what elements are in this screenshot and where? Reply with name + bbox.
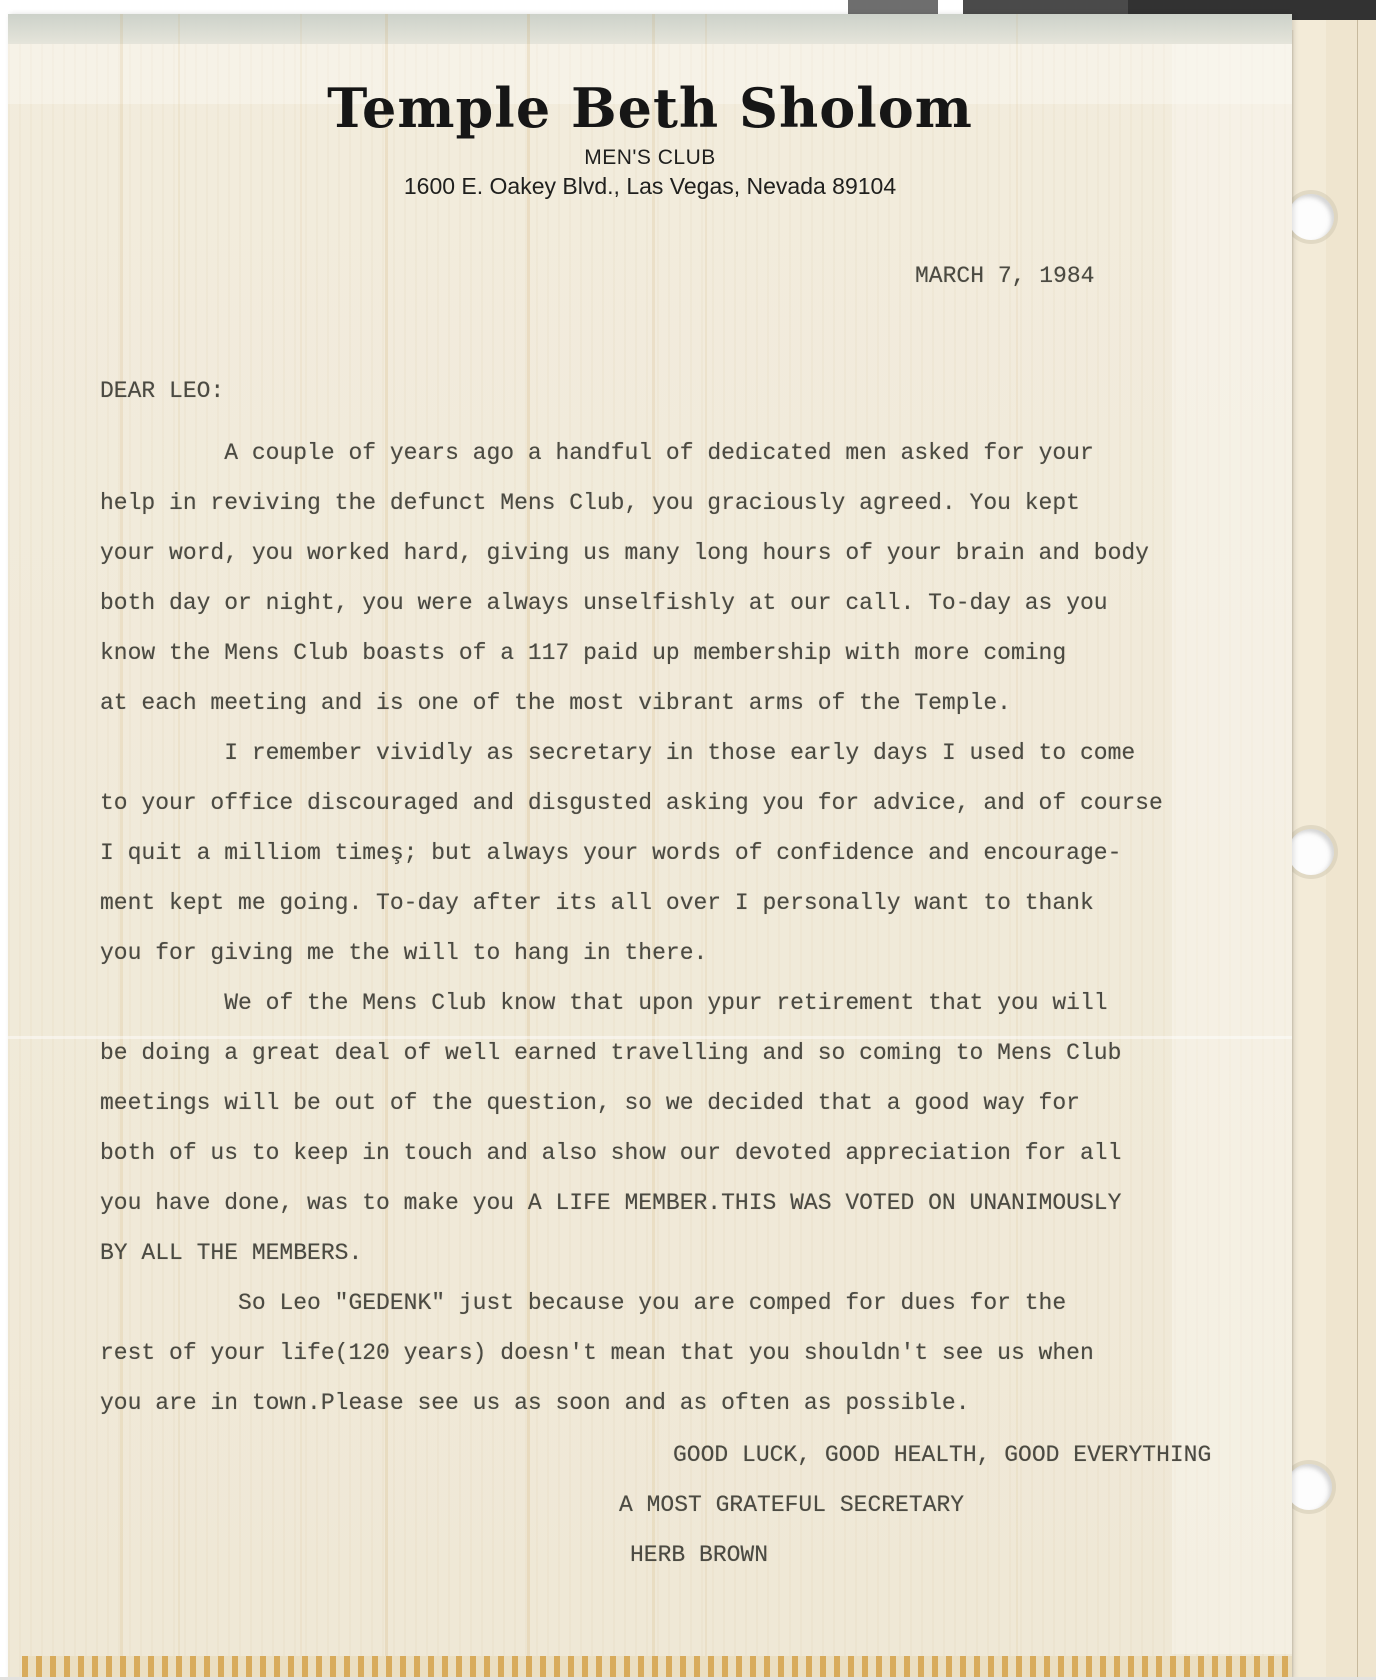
punch-hole-middle <box>1288 829 1334 875</box>
page-edge-stripes <box>22 1656 1292 1677</box>
letter-salutation: DEAR LEO: <box>100 377 224 405</box>
letterhead-department: MEN'S CLUB <box>0 146 1300 170</box>
letterhead-organization: Temple Beth Sholom <box>0 78 1300 138</box>
punch-hole-top <box>1288 194 1334 240</box>
letter-date: MARCH 7, 1984 <box>915 262 1094 290</box>
backing-sheet-edge <box>1357 20 1358 1680</box>
letter-body: A couple of years ago a handful of dedic… <box>100 428 1230 1428</box>
punch-hole-bottom <box>1286 1464 1332 1510</box>
closing-signature-name: HERB BROWN <box>619 1530 1211 1580</box>
closing-role: A MOST GRATEFUL SECRETARY <box>619 1480 1211 1530</box>
closing-good-wishes: GOOD LUCK, GOOD HEALTH, GOOD EVERYTHING <box>619 1430 1211 1480</box>
tape-strip <box>8 14 1292 44</box>
letter-closing: GOOD LUCK, GOOD HEALTH, GOOD EVERYTHING … <box>619 1430 1211 1580</box>
letterhead-address: 1600 E. Oakey Blvd., Las Vegas, Nevada 8… <box>0 173 1300 199</box>
letterhead: Temple Beth Sholom MEN'S CLUB 1600 E. Oa… <box>0 78 1300 199</box>
